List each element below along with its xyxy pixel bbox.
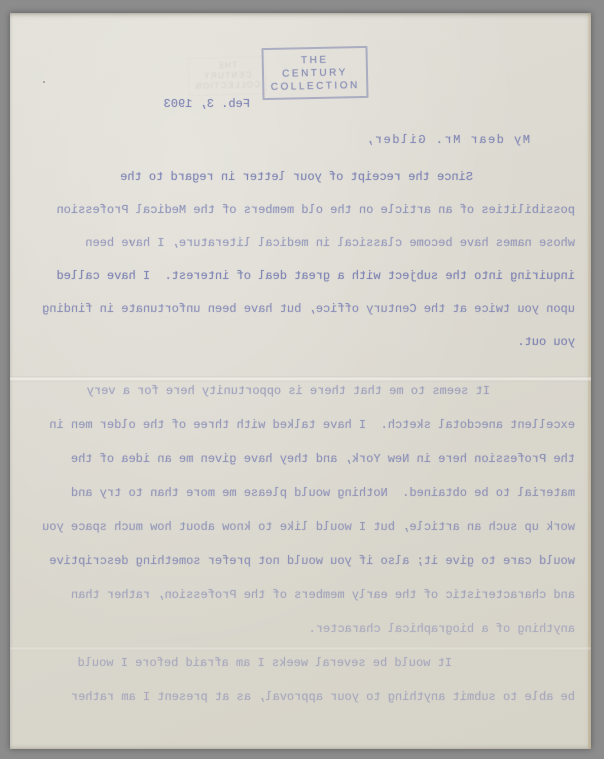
ink-speck [43, 81, 45, 83]
ink-speck [130, 240, 132, 243]
letter-line: material to be obtained. Nothing would p… [35, 487, 575, 521]
mirrored-letter-text: Feb. 3, 1903 My dear Mr. Gilder, Since t… [10, 13, 591, 749]
letter-line: possibilities of an article on the old m… [35, 204, 575, 237]
letter-line: Since the receipt of your letter in rega… [35, 171, 575, 204]
letter-line: upon you twice at the Century office, bu… [35, 303, 575, 336]
letter-line: It seems to me that there is opportunity… [35, 385, 575, 419]
letter-line: you out. [35, 336, 575, 369]
letter-line: inquiring into the subject with a great … [35, 270, 575, 303]
letter-page: THE CENTURY COLLECTION THE CENTURY COLLE… [10, 13, 591, 749]
letter-line: work up such an article, but I would lik… [35, 521, 575, 555]
letter-paragraph: It seems to me that there is opportunity… [35, 385, 575, 657]
letter-paragraph: Since the receipt of your letter in rega… [35, 171, 575, 369]
letter-body: Feb. 3, 1903 My dear Mr. Gilder, Since t… [10, 13, 591, 725]
letter-line: be able to submit anything to your appro… [35, 691, 575, 725]
letter-paragraph: It would be several weeks I am afraid be… [35, 657, 575, 725]
letter-line: excellent anecdotal sketch. I have talke… [35, 419, 575, 453]
letter-line: the Profession here in New York, and the… [35, 453, 575, 487]
letter-line: It would be several weeks I am afraid be… [35, 657, 575, 691]
letter-salutation: My dear Mr. Gilder, [35, 133, 530, 147]
letter-date: Feb. 3, 1903 [35, 97, 250, 111]
letter-line: and characteristic of the early members … [35, 589, 575, 623]
letter-line: anything of a biographical character. [35, 623, 575, 657]
scan-background: THE CENTURY COLLECTION THE CENTURY COLLE… [0, 0, 604, 759]
letter-line: whose names have become classical in med… [35, 237, 575, 270]
letter-line: would care to give it; also if you would… [35, 555, 575, 589]
